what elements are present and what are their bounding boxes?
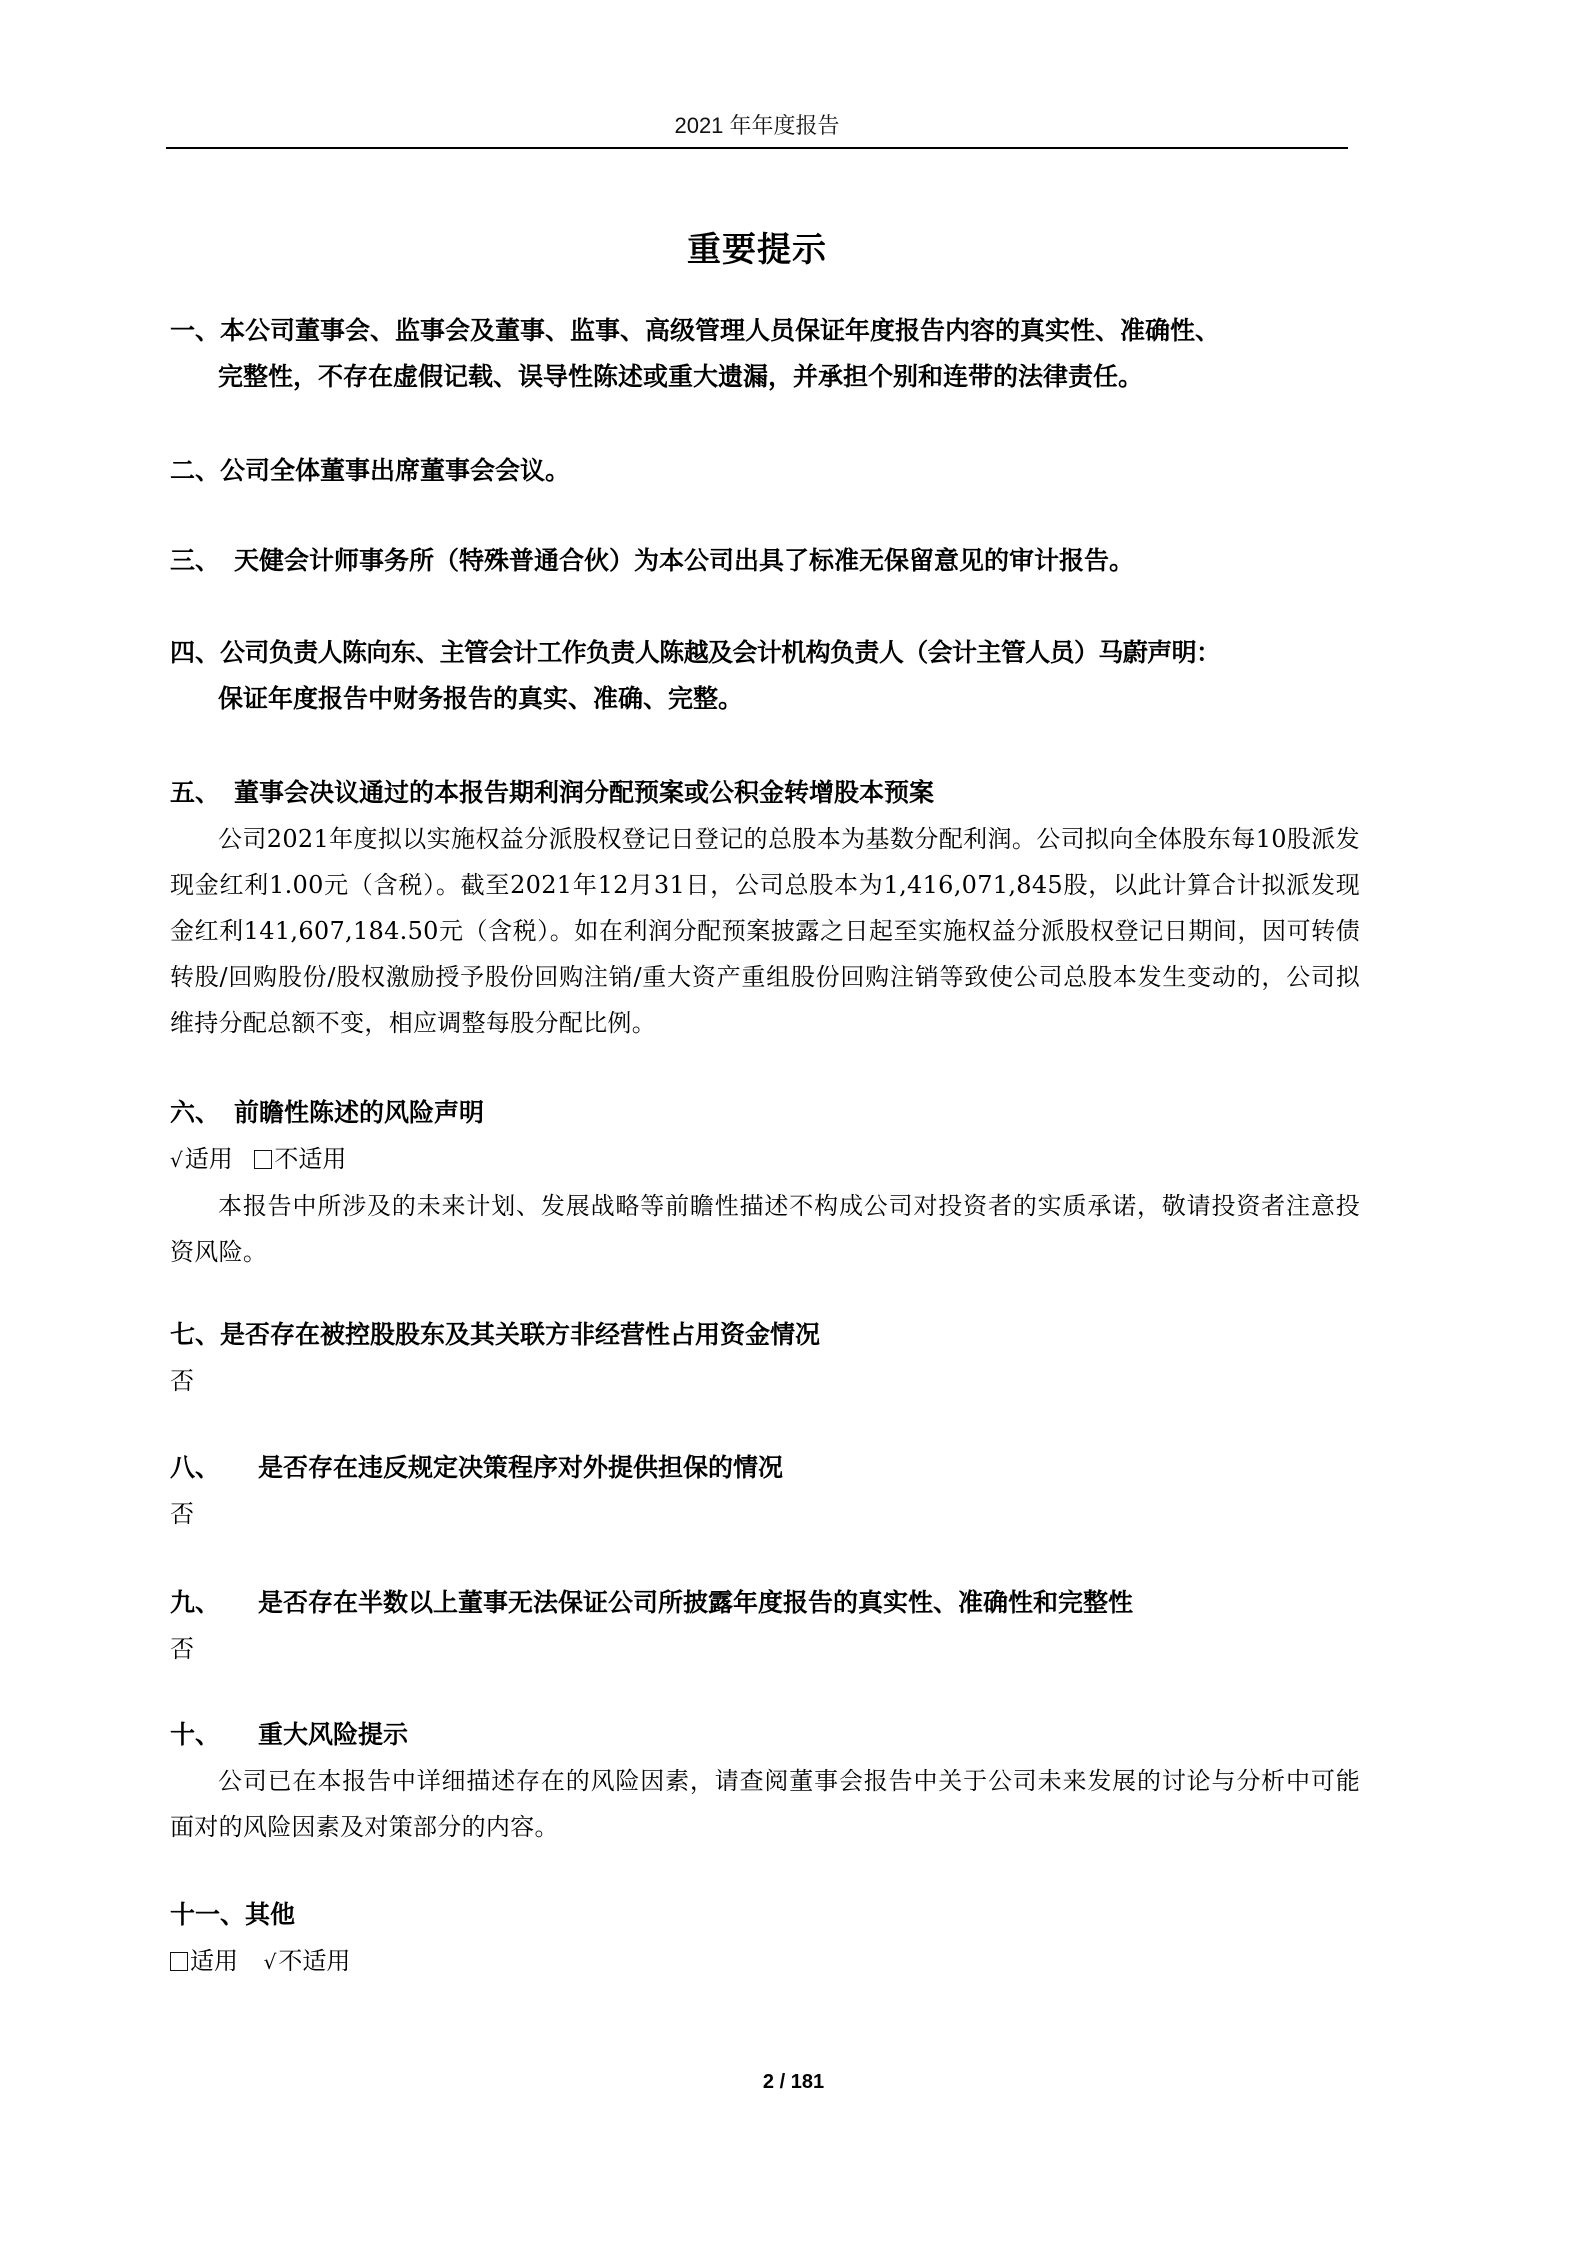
section-number: 七、 [170,1312,220,1358]
section-3: 三、天健会计师事务所（特殊普通合伙）为本公司出具了标准无保留意见的审计报告。 [170,538,1360,584]
applicability-options: 适用 √不适用 [170,1938,1360,1985]
section-answer: 否 [170,1626,1360,1672]
empty-checkbox-icon [170,1952,188,1971]
option-applicable: 适用 [170,1938,238,1984]
section-heading: 六、前瞻性陈述的风险声明 [170,1090,1360,1136]
option-not-applicable: 不适用 [254,1136,346,1182]
section-text-line-2: 保证年度报告中财务报告的真实、准确、完整。 [170,676,1360,722]
section-text-line-1: 本公司董事会、监事会及董事、监事、高级管理人员保证年度报告内容的真实性、准确性、 [220,316,1220,345]
option-applicable: √适用 [170,1136,233,1183]
section-heading: 八、是否存在违反规定决策程序对外提供担保的情况 [170,1445,1360,1491]
section-title: 是否存在被控股股东及其关联方非经营性占用资金情况 [220,1320,820,1349]
section-number: 十一、 [170,1892,245,1938]
option-not-applicable: √不适用 [264,1938,351,1985]
section-text: 天健会计师事务所（特殊普通合伙）为本公司出具了标准无保留意见的审计报告。 [234,546,1134,575]
section-number: 十、 [170,1712,258,1758]
section-number: 三、 [170,538,234,584]
applicability-options: √适用 不适用 [170,1136,1360,1183]
section-answer: 否 [170,1358,1360,1404]
section-number: 九、 [170,1580,258,1626]
section-heading: 七、是否存在被控股股东及其关联方非经营性占用资金情况 [170,1312,1360,1358]
section-heading: 十、重大风险提示 [170,1712,1360,1758]
section-title: 前瞻性陈述的风险声明 [234,1098,484,1127]
checkmark-icon: √ [264,1939,277,1985]
option-label: 适用 [190,1947,238,1975]
section-answer: 否 [170,1491,1360,1537]
section-10: 十、重大风险提示 公司已在本报告中详细描述存在的风险因素，请查阅董事会报告中关于… [170,1712,1360,1850]
option-label: 不适用 [274,1145,346,1173]
section-heading: 九、是否存在半数以上董事无法保证公司所披露年度报告的真实性、准确性和完整性 [170,1580,1360,1626]
section-4: 四、公司负责人陈向东、主管会计工作负责人陈越及会计机构负责人（会计主管人员）马蔚… [170,630,1360,722]
section-number: 二、 [170,448,220,494]
section-title: 是否存在违反规定决策程序对外提供担保的情况 [258,1453,783,1482]
section-text-line-1: 公司负责人陈向东、主管会计工作负责人陈越及会计机构负责人（会计主管人员）马蔚声明… [220,638,1220,667]
section-heading: 五、董事会决议通过的本报告期利润分配预案或公积金转增股本预案 [170,770,1360,816]
section-number: 一、 [170,308,220,354]
running-header: 2021 年年度报告 [166,112,1348,140]
section-number: 八、 [170,1445,258,1491]
section-body: 公司2021年度拟以实施权益分派股权登记日登记的总股本为基数分配利润。公司拟向全… [170,816,1360,1046]
section-8: 八、是否存在违反规定决策程序对外提供担保的情况 否 [170,1445,1360,1537]
option-label: 适用 [185,1145,233,1173]
section-6: 六、前瞻性陈述的风险声明 √适用 不适用 本报告中所涉及的未来计划、发展战略等前… [170,1090,1360,1275]
section-number: 四、 [170,630,220,676]
header-divider [166,147,1348,149]
section-number: 六、 [170,1090,234,1136]
section-2: 二、公司全体董事出席董事会会议。 [170,448,1360,494]
section-heading: 十一、其他 [170,1892,1360,1938]
section-1: 一、本公司董事会、监事会及董事、监事、高级管理人员保证年度报告内容的真实性、准确… [170,308,1360,400]
section-title: 重大风险提示 [258,1720,408,1749]
section-text-line-2: 完整性，不存在虚假记载、误导性陈述或重大遗漏，并承担个别和连带的法律责任。 [170,354,1360,400]
section-title: 董事会决议通过的本报告期利润分配预案或公积金转增股本预案 [234,778,934,807]
section-body: 本报告中所涉及的未来计划、发展战略等前瞻性描述不构成公司对投资者的实质承诺，敬请… [170,1183,1360,1275]
section-title: 其他 [245,1900,295,1929]
section-number: 五、 [170,770,234,816]
section-9: 九、是否存在半数以上董事无法保证公司所披露年度报告的真实性、准确性和完整性 否 [170,1580,1360,1672]
section-11: 十一、其他 适用 √不适用 [170,1892,1360,1985]
page-title: 重要提示 [166,228,1348,272]
empty-checkbox-icon [254,1150,272,1169]
section-7: 七、是否存在被控股股东及其关联方非经营性占用资金情况 否 [170,1312,1360,1404]
option-label: 不适用 [278,1947,350,1975]
section-body: 公司已在本报告中详细描述存在的风险因素，请查阅董事会报告中关于公司未来发展的讨论… [170,1758,1360,1850]
checkmark-icon: √ [170,1137,183,1183]
section-text: 公司全体董事出席董事会会议。 [220,456,570,485]
section-5: 五、董事会决议通过的本报告期利润分配预案或公积金转增股本预案 公司2021年度拟… [170,770,1360,1046]
section-title: 是否存在半数以上董事无法保证公司所披露年度报告的真实性、准确性和完整性 [258,1588,1133,1617]
page-number: 2 / 181 [0,2070,1587,2094]
